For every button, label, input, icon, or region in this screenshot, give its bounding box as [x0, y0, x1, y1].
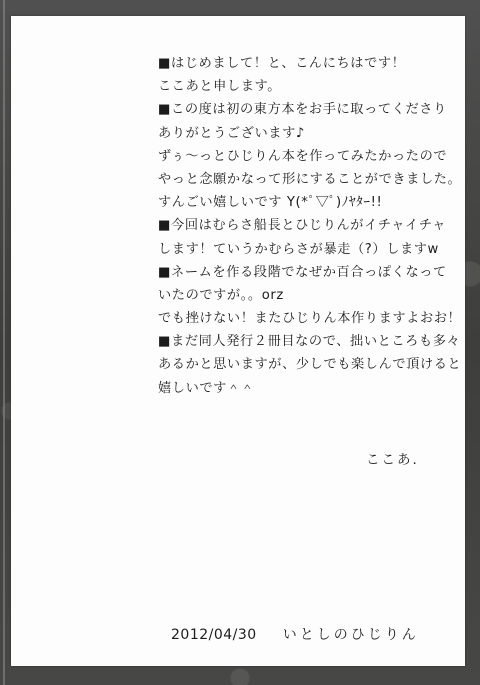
body-line: ■この度は初の東方本をお手に取ってくださり — [158, 98, 458, 121]
footer-title: いとしのひじりん — [283, 627, 419, 643]
body-line: ■ネームを作る段階でなぜか百合っぽくなって — [158, 261, 458, 284]
body-line: ■今回はむらさ船長とひじりんがイチャイチャ — [158, 214, 458, 237]
body-line: ここあと申します。 — [158, 75, 458, 98]
afterword-body: ■はじめまして！と、こんにちはです！ ここあと申します。 ■この度は初の東方本を… — [158, 52, 458, 400]
body-line: やっと念願かなって形にすることができました。 — [158, 168, 458, 191]
body-line: ■はじめまして！と、こんにちはです！ — [158, 52, 458, 75]
body-line: いたのですが。。orz — [158, 284, 458, 307]
footer-date: 2012/04/30 — [171, 627, 257, 643]
body-line: すんごい嬉しいです Y(*ﾟ▽ﾟ)ﾉﾔﾀｰ!! — [158, 191, 458, 214]
body-line: ■まだ同人発行２冊目なので、拙いところも多々 — [158, 330, 458, 353]
body-line: します！ていうかむらさが暴走（?）しますw — [158, 238, 458, 261]
body-line: 嬉しいです＾＾ — [158, 377, 458, 400]
body-line: でも挫けない！またひじりん本作りますよおお！ — [158, 307, 458, 330]
body-line: ありがとうございます♪ — [158, 122, 458, 145]
body-line: あるかと思いますが、少しでも楽しんで頂けると — [158, 353, 458, 376]
scan-edge-line — [3, 0, 5, 685]
footer: 2012/04/30いとしのひじりん — [171, 624, 419, 644]
document-page: ■はじめまして！と、こんにちはです！ ここあと申します。 ■この度は初の東方本を… — [11, 16, 465, 666]
author-signature: ここあ. — [366, 448, 419, 468]
body-line: ずぅ～っとひじりん本を作ってみたかったので — [158, 145, 458, 168]
